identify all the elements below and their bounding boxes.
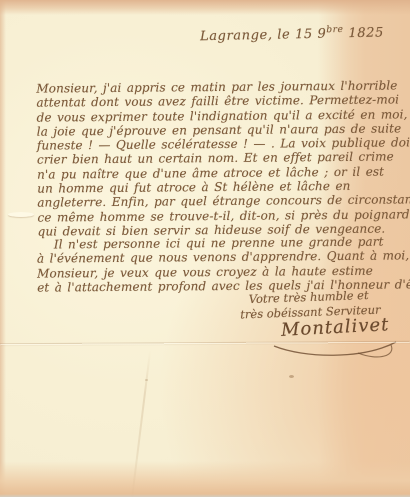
paper-crease-mark — [8, 212, 34, 217]
fold-crease-vertical — [131, 350, 151, 497]
letter-page: Lagrange, le 15 9bre 1825 Monsieur, j'ai… — [0, 0, 410, 497]
dateline-month-superscript: bre — [326, 25, 343, 35]
signature-flourish — [270, 334, 402, 362]
dateline-year: 1825 — [344, 25, 385, 41]
letter-body-paragraph-1: Monsieur, j'ai appris ce matin par les j… — [36, 78, 403, 238]
paper-stain — [289, 375, 294, 378]
dateline-place-day: Lagrange, le 15 9 — [200, 27, 327, 45]
dateline: Lagrange, le 15 9bre 1825 — [200, 24, 384, 44]
paper-stain — [145, 379, 148, 381]
letter-body-paragraph-2: Il n'est personne ici qui ne prenne une … — [37, 234, 403, 294]
